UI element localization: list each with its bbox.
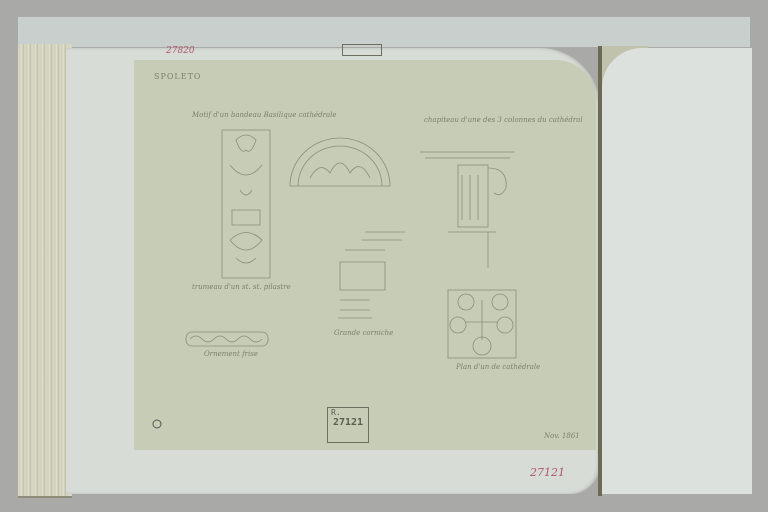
- panel-drawing: [448, 290, 516, 358]
- stamp-line-1: R.: [328, 408, 368, 417]
- lunette-drawing: [290, 138, 390, 186]
- cornice-drawing: [338, 232, 405, 318]
- collector-mark: [153, 420, 161, 428]
- stamp-line-2: 27121: [328, 417, 368, 428]
- inventory-stamp: R. 27121: [327, 407, 369, 443]
- inventory-number-bottom: 27121: [530, 466, 565, 479]
- pilaster-drawing: [222, 130, 270, 278]
- capital-drawing: [420, 152, 515, 268]
- frieze-drawing: [186, 332, 268, 346]
- sketches: [0, 0, 768, 512]
